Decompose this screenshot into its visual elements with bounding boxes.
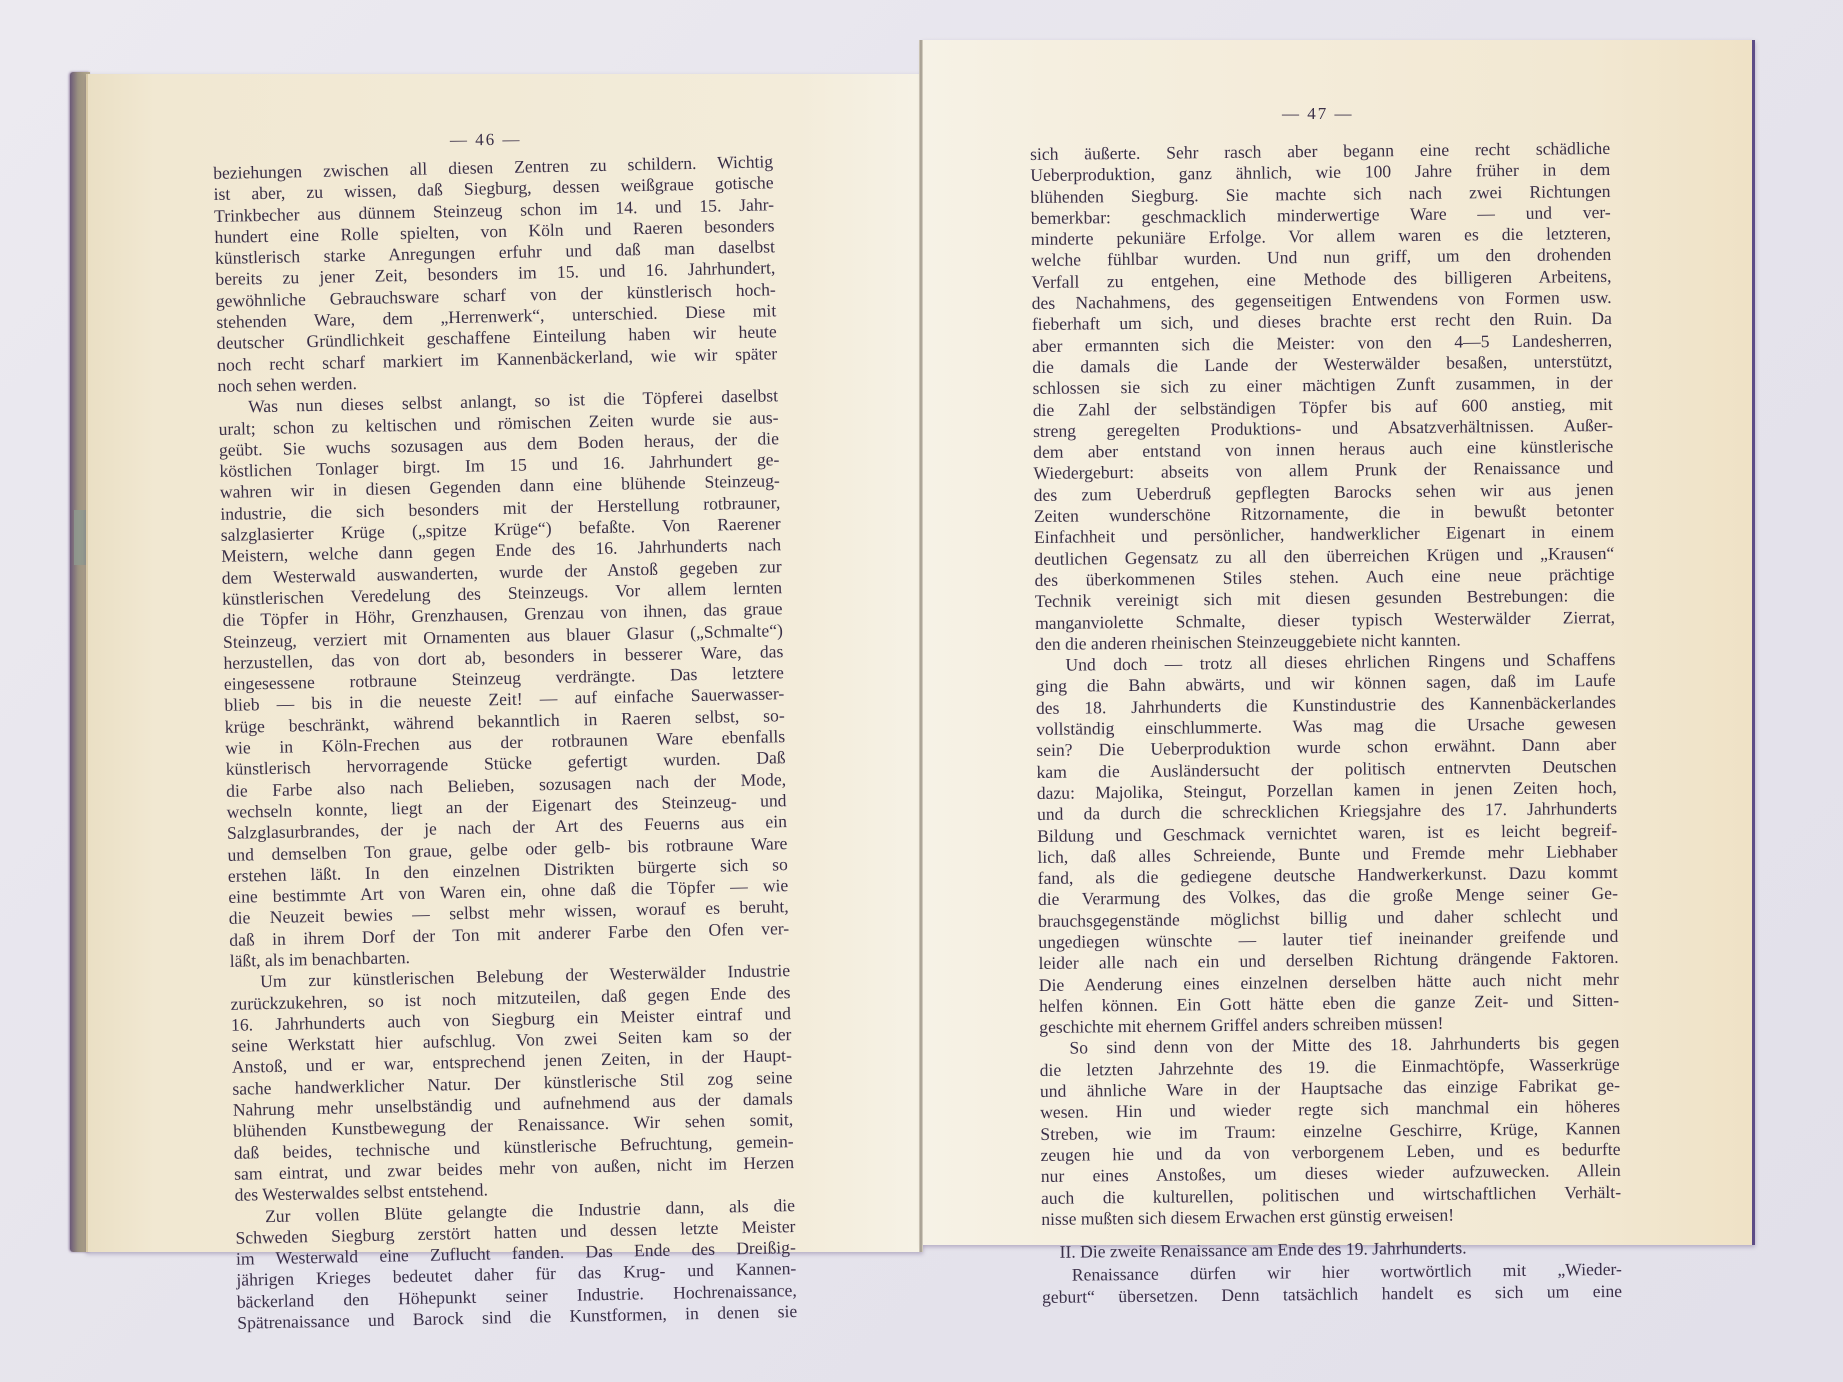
open-book: — 46 — — 47 — beziehungen zwischen all d…: [0, 0, 1843, 1382]
page-number-right: — 47 —: [1282, 104, 1354, 124]
page-number-left: — 46 —: [450, 130, 522, 151]
right-page-body: sich äußerte. Sehr rasch aber begann ein…: [1030, 138, 1622, 1308]
book-gutter: [919, 40, 923, 1252]
left-page-body: beziehungen zwischen all diesen Zentren …: [213, 151, 797, 1334]
